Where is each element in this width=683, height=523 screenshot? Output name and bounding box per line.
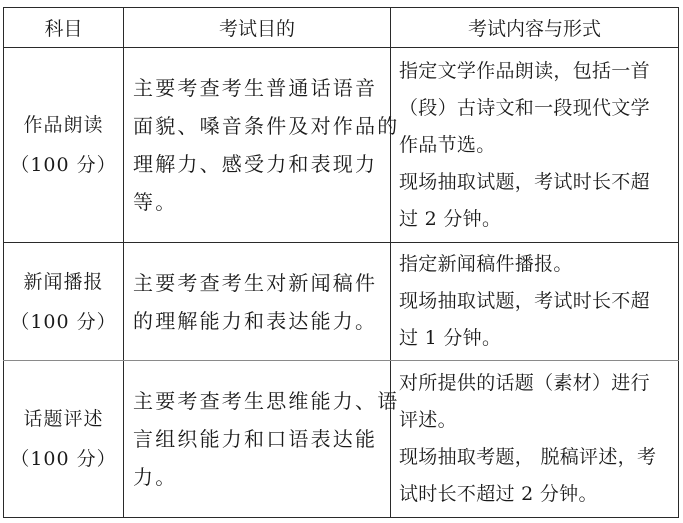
header-content-form: 考试内容与形式 <box>391 8 679 48</box>
header-subject: 科目 <box>4 8 124 48</box>
purpose-line: 等。 <box>133 183 386 221</box>
purpose-line: 主要考查考生对新闻稿件 <box>133 264 386 302</box>
header-row: 科目 考试目的 考试内容与形式 <box>4 8 679 48</box>
purpose-line: 力。 <box>133 458 386 496</box>
content-cell: 指定新闻稿件播报。 现场抽取试题，考试时长不超 过 1 分钟。 <box>391 243 679 361</box>
purpose-line: 面貌、嗓音条件及对作品的 <box>133 107 386 145</box>
content-line: 作品节选。 <box>399 127 674 164</box>
purpose-line: 理解力、感受力和表现力 <box>133 145 386 183</box>
purpose-cell: 主要考查考生普通话语音 面貌、嗓音条件及对作品的 理解力、感受力和表现力 等。 <box>124 48 391 243</box>
subject-cell: 话题评述 （100 分） <box>4 361 124 518</box>
content-line: 对所提供的话题（素材）进行 <box>399 365 674 402</box>
content-line: 指定新闻稿件播报。 <box>399 246 674 283</box>
content-line: 现场抽取试题，考试时长不超 <box>399 283 674 320</box>
subject-name: 作品朗读 <box>4 105 123 145</box>
purpose-line: 言组织能力和口语表达能 <box>133 420 386 458</box>
subject-score: （100 分） <box>4 302 123 342</box>
subject-cell: 作品朗读 （100 分） <box>4 48 124 243</box>
table-row: 作品朗读 （100 分） 主要考查考生普通话语音 面貌、嗓音条件及对作品的 理解… <box>4 48 679 243</box>
exam-requirements-table: 科目 考试目的 考试内容与形式 作品朗读 （100 分） 主要考查考生普通话语音… <box>3 7 679 518</box>
purpose-cell: 主要考查考生对新闻稿件 的理解能力和表达能力。 <box>124 243 391 361</box>
purpose-line: 的理解能力和表达能力。 <box>133 302 386 340</box>
content-cell: 指定文学作品朗读，包括一首 （段）古诗文和一段现代文学 作品节选。 现场抽取试题… <box>391 48 679 243</box>
content-line: 过 2 分钟。 <box>399 201 674 238</box>
subject-name: 话题评述 <box>4 399 123 439</box>
content-line: 过 1 分钟。 <box>399 320 674 357</box>
table-row: 话题评述 （100 分） 主要考查考生思维能力、语 言组织能力和口语表达能 力。… <box>4 361 679 518</box>
content-line: 评述。 <box>399 402 674 439</box>
table-row: 新闻播报 （100 分） 主要考查考生对新闻稿件 的理解能力和表达能力。 指定新… <box>4 243 679 361</box>
content-line: 现场抽取考题， 脱稿评述，考 <box>399 439 674 476</box>
purpose-cell: 主要考查考生思维能力、语 言组织能力和口语表达能 力。 <box>124 361 391 518</box>
content-line: （段）古诗文和一段现代文学 <box>399 90 674 127</box>
subject-score: （100 分） <box>4 145 123 185</box>
content-line: 试时长不超过 2 分钟。 <box>399 476 674 513</box>
content-cell: 对所提供的话题（素材）进行 评述。 现场抽取考题， 脱稿评述，考 试时长不超过 … <box>391 361 679 518</box>
content-line: 现场抽取试题，考试时长不超 <box>399 164 674 201</box>
header-purpose: 考试目的 <box>124 8 391 48</box>
purpose-line: 主要考查考生普通话语音 <box>133 69 386 107</box>
purpose-line: 主要考查考生思维能力、语 <box>133 382 386 420</box>
content-line: 指定文学作品朗读，包括一首 <box>399 53 674 90</box>
subject-cell: 新闻播报 （100 分） <box>4 243 124 361</box>
subject-score: （100 分） <box>4 439 123 479</box>
subject-name: 新闻播报 <box>4 262 123 302</box>
